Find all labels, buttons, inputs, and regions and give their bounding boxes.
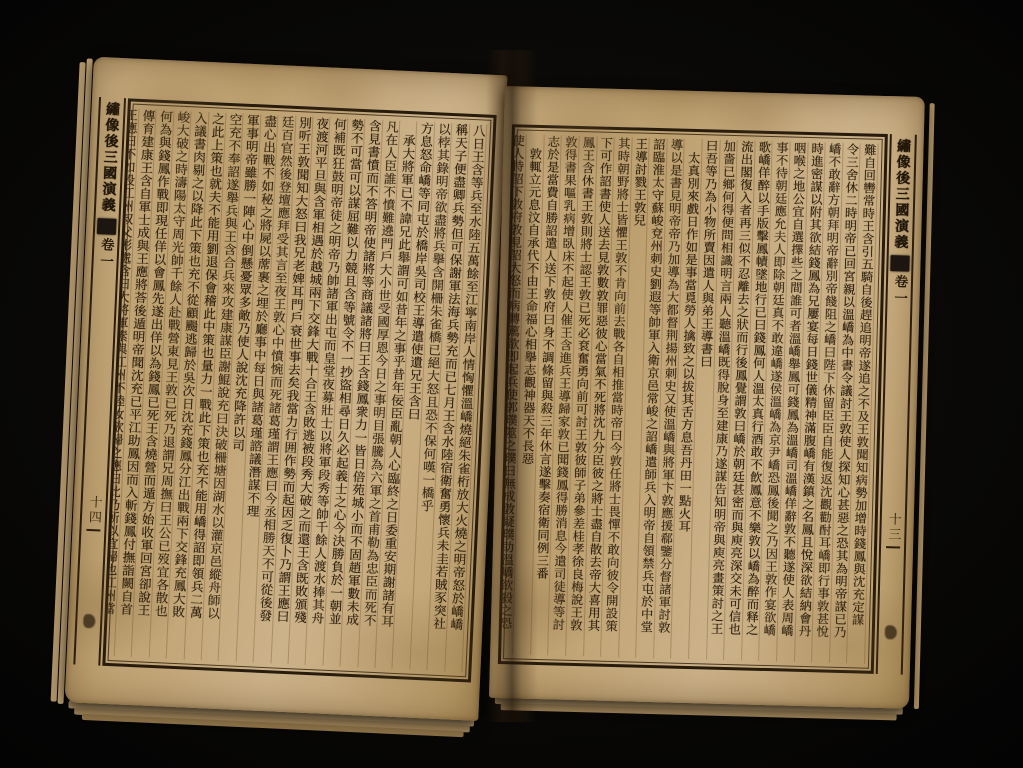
page-number: 十四 <box>84 494 104 525</box>
photo-background: { "book": { "spine_title": "繡像後三國演義", "v… <box>0 0 1023 768</box>
volume-label: 卷一 <box>95 237 116 271</box>
folio-rule <box>886 546 900 548</box>
book-title: 繡像後三國演義 <box>97 101 122 214</box>
text-frame-right: 難自回轡常時王含引五騎自後趕追明帝遂追之不及王敦聞知病勢加增時錢鳳與沈充定謀令三… <box>498 124 888 674</box>
folio-number-right: 十三 <box>883 512 903 548</box>
left-leaf: 繡像後三國演義 卷一 十四 八日王含等兵至水陸五萬餘至江寧南岸人情恟懼溫嶠燒絕朱… <box>47 54 525 750</box>
volume-label: 卷一 <box>889 274 910 308</box>
publisher-cartouche <box>890 255 909 271</box>
right-leaf: 繡像後三國演義 卷一 十三 難自回轡常時王含引五騎自後趕追明帝遂追之不及王敦聞知… <box>488 86 940 729</box>
page-number: 十三 <box>883 512 903 542</box>
publisher-cartouche <box>97 218 117 235</box>
folio-rule <box>86 528 100 531</box>
book-photo: 繡像後三國演義 卷一 十四 八日王含等兵至水陸五萬餘至江寧南岸人情恟懼溫嶠燒絕朱… <box>0 0 1023 768</box>
page-left: 繡像後三國演義 卷一 十四 八日王含等兵至水陸五萬餘至江寧南岸人情恟懼溫嶠燒絕朱… <box>65 57 508 721</box>
book-title: 繡像後三國演義 <box>890 138 913 250</box>
ink-smudge <box>884 626 896 640</box>
page-right: 繡像後三國演義 卷一 十三 難自回轡常時王含引五騎自後趕追明帝遂追之不及王敦聞知… <box>489 86 925 709</box>
folio-number-left: 十四 <box>83 494 104 531</box>
text-frame-left: 八日王含等兵至水陸五萬餘至江寧南岸人情恟懼溫嶠燒絕朱雀桁放大火燒之明帝怒於嶠嶠稱… <box>102 98 496 682</box>
ink-smudge <box>82 614 95 629</box>
text-block-left: 八日王含等兵至水陸五萬餘至江寧南岸人情恟懼溫嶠燒絕朱雀桁放大火燒之明帝怒於嶠嶠稱… <box>105 101 493 679</box>
text-block-right: 難自回轡常時王含引五騎自後趕追明帝遂追之不及王敦聞知病勢加增時錢鳳與沈充定謀令三… <box>501 127 885 671</box>
